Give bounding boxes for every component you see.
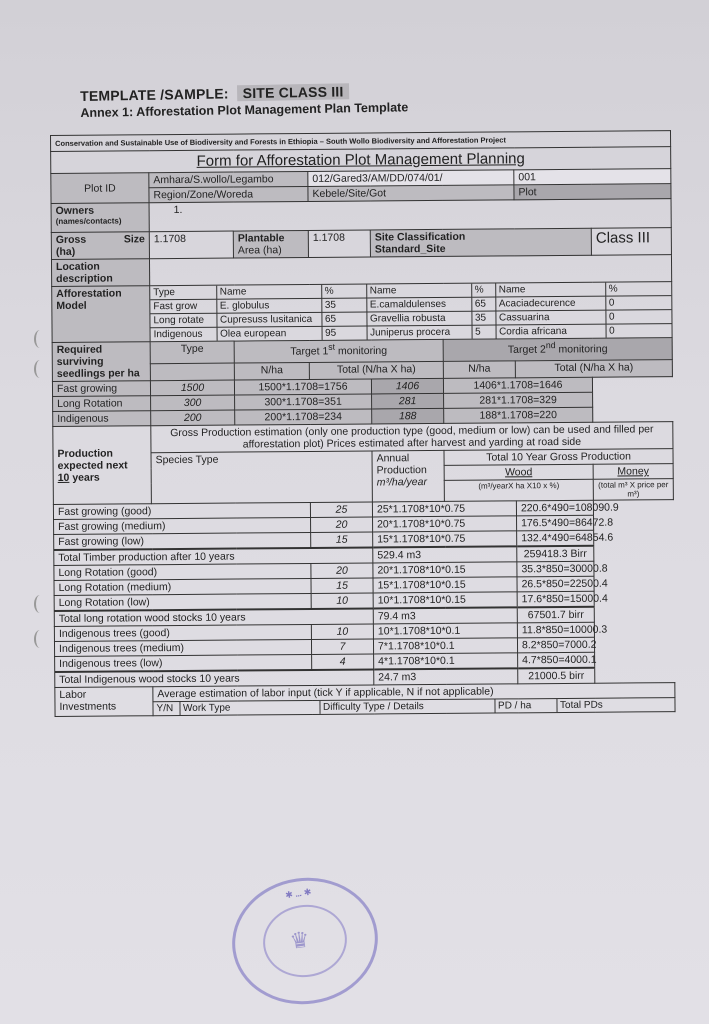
seedling-cell[interactable]: 200 (151, 410, 235, 426)
model-cell[interactable]: Gravellia robusta (366, 311, 471, 326)
seedlings-blank-header (150, 363, 234, 381)
document-header: TEMPLATE /SAMPLE:SITE CLASS III Annex 1:… (80, 82, 408, 120)
col-name-1: Name (216, 285, 321, 299)
location-label: Location description (51, 259, 149, 287)
production-note: Gross Production estimation (only one pr… (151, 422, 673, 453)
production-cell[interactable]: 10 (311, 593, 373, 609)
money-subheader: (total m³ X price per m³) (593, 479, 673, 501)
management-plan-form: Conservation and Sustainable Use of Biod… (50, 130, 675, 717)
seedling-cell: Indigenous (53, 411, 151, 427)
seedling-cell[interactable]: 300 (151, 395, 235, 411)
production-cell[interactable]: 35.3*850=30000.8 (517, 561, 594, 577)
seedling-cell[interactable]: 1406*1.1708=1646 (443, 377, 592, 393)
first-nha-header: N/ha (234, 362, 309, 380)
location-value[interactable] (149, 255, 671, 286)
model-cell[interactable]: Cupresuss lusitanica (216, 312, 321, 327)
seedling-cell[interactable]: 188*1.1708=220 (444, 407, 593, 423)
form-table: Conservation and Sustainable Use of Biod… (50, 130, 676, 717)
seedling-cell[interactable]: 200*1.1708=234 (235, 409, 372, 425)
annex-title: Annex 1: Afforestation Plot Management P… (80, 100, 408, 120)
production-total-cell[interactable]: 24.7 m3 (374, 668, 518, 685)
species-type-header: Species Type (151, 451, 372, 504)
production-cell[interactable]: 15*1.1708*10*0.75 (373, 531, 517, 548)
kebele-value: 012/Gared3/AM/DD/074/01/ (308, 170, 514, 187)
seedling-cell[interactable]: 188 (372, 408, 444, 424)
owners-value[interactable]: 1. (149, 199, 671, 232)
afforestation-model-cell: Type Name % Name % Name % Fast growE. gl… (150, 282, 672, 342)
model-cell[interactable]: E. globulus (216, 298, 321, 313)
production-cell[interactable]: 20 (311, 563, 373, 578)
model-cell[interactable]: E.camaldulenses (366, 297, 471, 312)
production-cell[interactable]: 15*1.1708*10*0.15 (373, 577, 517, 593)
model-cell[interactable]: Olea european (217, 326, 322, 340)
model-cell[interactable]: Acaciadecurence (495, 296, 605, 311)
region-value: Amhara/S.wollo/Legambo (149, 171, 308, 187)
seedling-cell[interactable]: 1500 (150, 380, 234, 396)
seedling-cell: Long Rotation (53, 396, 151, 412)
seedling-cell[interactable]: 281 (372, 393, 444, 409)
col-pct-1: % (321, 285, 366, 299)
production-cell[interactable]: 25*1.1708*10*0.75 (372, 501, 516, 517)
owners-label: Owners (names/contacts) (51, 203, 149, 233)
production-cell[interactable]: 15 (311, 532, 373, 548)
seedling-cell[interactable]: 1406 (371, 378, 443, 394)
production-total-cell[interactable]: 259418.3 Birr (517, 546, 594, 562)
model-cell[interactable]: Juniperus procera (367, 325, 472, 339)
col-type: Type (150, 286, 216, 300)
site-classification-label: Site Classification Standard_Site (370, 228, 591, 257)
model-cell[interactable]: 35 (471, 311, 495, 325)
production-cell[interactable]: 26.5*850=22500.4 (517, 576, 594, 592)
kebele-label: Kebele/Site/Got (308, 185, 514, 202)
production-cell[interactable]: 7*1.1708*10*0.1 (373, 638, 517, 654)
production-cell[interactable]: 17.6*850=15000.4 (517, 591, 594, 607)
official-seal-icon: ✱ ᎐᎐᎐ ✱ ♛ (224, 868, 386, 1013)
seedlings-label: Required surviving seedlings per ha (52, 342, 150, 382)
production-cell[interactable]: 4.7*850=4000.1 (518, 652, 595, 668)
col-name-3: Name (495, 283, 605, 297)
seedling-cell[interactable]: 281*1.1708=329 (444, 392, 593, 408)
production-cell[interactable]: 10*1.1708*10*0.15 (373, 592, 517, 609)
plantable-area-label: Plantable Area (ha) (233, 230, 308, 258)
model-cell[interactable]: 0 (605, 310, 671, 325)
production-cell[interactable]: 220.6*490=108090.9 (516, 500, 593, 516)
col-name-2: Name (366, 284, 471, 298)
punch-hole-mark (34, 630, 46, 648)
site-class-highlight: SITE CLASS III (237, 83, 350, 101)
second-nha-header: N/ha (443, 360, 515, 378)
model-cell[interactable]: 35 (321, 298, 366, 312)
labor-yn-header: Y/N (153, 702, 179, 715)
punch-hole-mark (34, 595, 46, 613)
model-cell[interactable]: Long rotate (150, 313, 216, 328)
first-monitoring-header: Target 1st monitoring (234, 339, 443, 362)
production-total-cell[interactable]: 67501.7 birr (517, 607, 594, 623)
plot-label: Plot (514, 184, 671, 200)
second-monitoring-header: Target 2nd monitoring (443, 338, 672, 361)
wood-subheader: (m³/yearX ha X10 x %) (444, 479, 593, 501)
document-page: TEMPLATE /SAMPLE:SITE CLASS III Annex 1:… (0, 0, 709, 1024)
model-cell[interactable]: 0 (605, 296, 671, 311)
production-cell[interactable]: 10*1.1708*10*0.1 (373, 623, 517, 639)
afforestation-model-table: Type Name % Name % Name % Fast growE. gl… (150, 282, 671, 341)
production-cell[interactable]: 20*1.1708*10*0.75 (373, 516, 517, 532)
seedlings-type-header: Type (150, 341, 234, 363)
production-cell[interactable]: 4 (312, 654, 374, 670)
template-label: TEMPLATE /SAMPLE: (80, 85, 229, 104)
model-cell[interactable]: 0 (606, 324, 672, 338)
production-total-cell[interactable]: 529.4 m3 (373, 546, 517, 563)
col-pct-3: % (605, 282, 671, 296)
model-cell[interactable]: Indigenous (151, 327, 217, 341)
model-cell[interactable]: 65 (321, 312, 366, 326)
production-cell[interactable]: 176.5*490=86472.8 (517, 515, 594, 531)
annual-production-header: Annual Production m³/ha/year (372, 450, 444, 502)
plot-number: 001 (514, 169, 671, 185)
gross-size-label: GrossSize (ha) (51, 232, 149, 260)
money-header: Money (593, 464, 673, 480)
model-cell[interactable]: Fast grow (150, 299, 216, 314)
seedling-cell[interactable]: 1500*1.1708=1756 (234, 379, 371, 395)
model-cell[interactable]: Cassuarina (495, 310, 605, 325)
seedling-cell[interactable]: 300*1.1708=351 (235, 394, 372, 410)
production-cell[interactable]: 132.4*490=64854.6 (517, 530, 594, 546)
site-class-value[interactable]: Class III (591, 228, 671, 256)
second-total-header: Total (N/ha X ha) (515, 359, 672, 378)
punch-hole-mark (34, 360, 46, 378)
model-cell[interactable]: 65 (471, 297, 495, 311)
production-cell[interactable]: 4*1.1708*10*0.1 (374, 653, 518, 670)
gross-size-value[interactable]: 1.1708 (149, 231, 233, 259)
plot-id-label: Plot ID (51, 173, 149, 204)
production-total-cell[interactable]: 21000.5 birr (518, 668, 595, 684)
production-label: Production expected next 10 years (53, 426, 152, 505)
labor-work-type-header: Work Type (179, 701, 319, 715)
production-cell[interactable]: 20 (311, 517, 373, 532)
production-cell[interactable]: 25 (310, 502, 372, 517)
production-cell[interactable]: 11.8*850=10000.3 (517, 622, 594, 638)
model-cell[interactable]: Cordia africana (496, 324, 606, 338)
col-pct-2: % (471, 284, 495, 298)
labor-pd-ha-header: PD / ha (494, 699, 556, 712)
labor-total-pds-header: Total PDs (556, 698, 674, 712)
first-total-header: Total (N/ha X ha) (309, 361, 443, 380)
punch-hole-mark (34, 330, 46, 348)
model-cell[interactable]: 5 (472, 325, 496, 339)
model-cell[interactable]: 95 (322, 326, 367, 340)
afforestation-model-label: Afforestation Model (52, 286, 150, 343)
region-label: Region/Zone/Woreda (149, 186, 308, 202)
production-cell[interactable]: 7 (311, 639, 373, 654)
production-cell[interactable]: 10 (311, 624, 373, 639)
production-total-cell[interactable]: 79.4 m3 (373, 607, 517, 624)
wood-header: Wood (444, 464, 593, 480)
production-cell[interactable]: 8.2*850=7000.2 (517, 637, 594, 653)
labor-difficulty-header: Difficulty Type / Details (319, 700, 494, 714)
seedling-cell: Fast growing (52, 381, 150, 397)
plantable-area-value[interactable]: 1.1708 (308, 230, 370, 257)
production-cell[interactable]: 15 (311, 578, 373, 593)
labor-label: Labor Investments (55, 687, 153, 717)
production-cell[interactable]: 20*1.1708*10*0.15 (373, 562, 517, 578)
